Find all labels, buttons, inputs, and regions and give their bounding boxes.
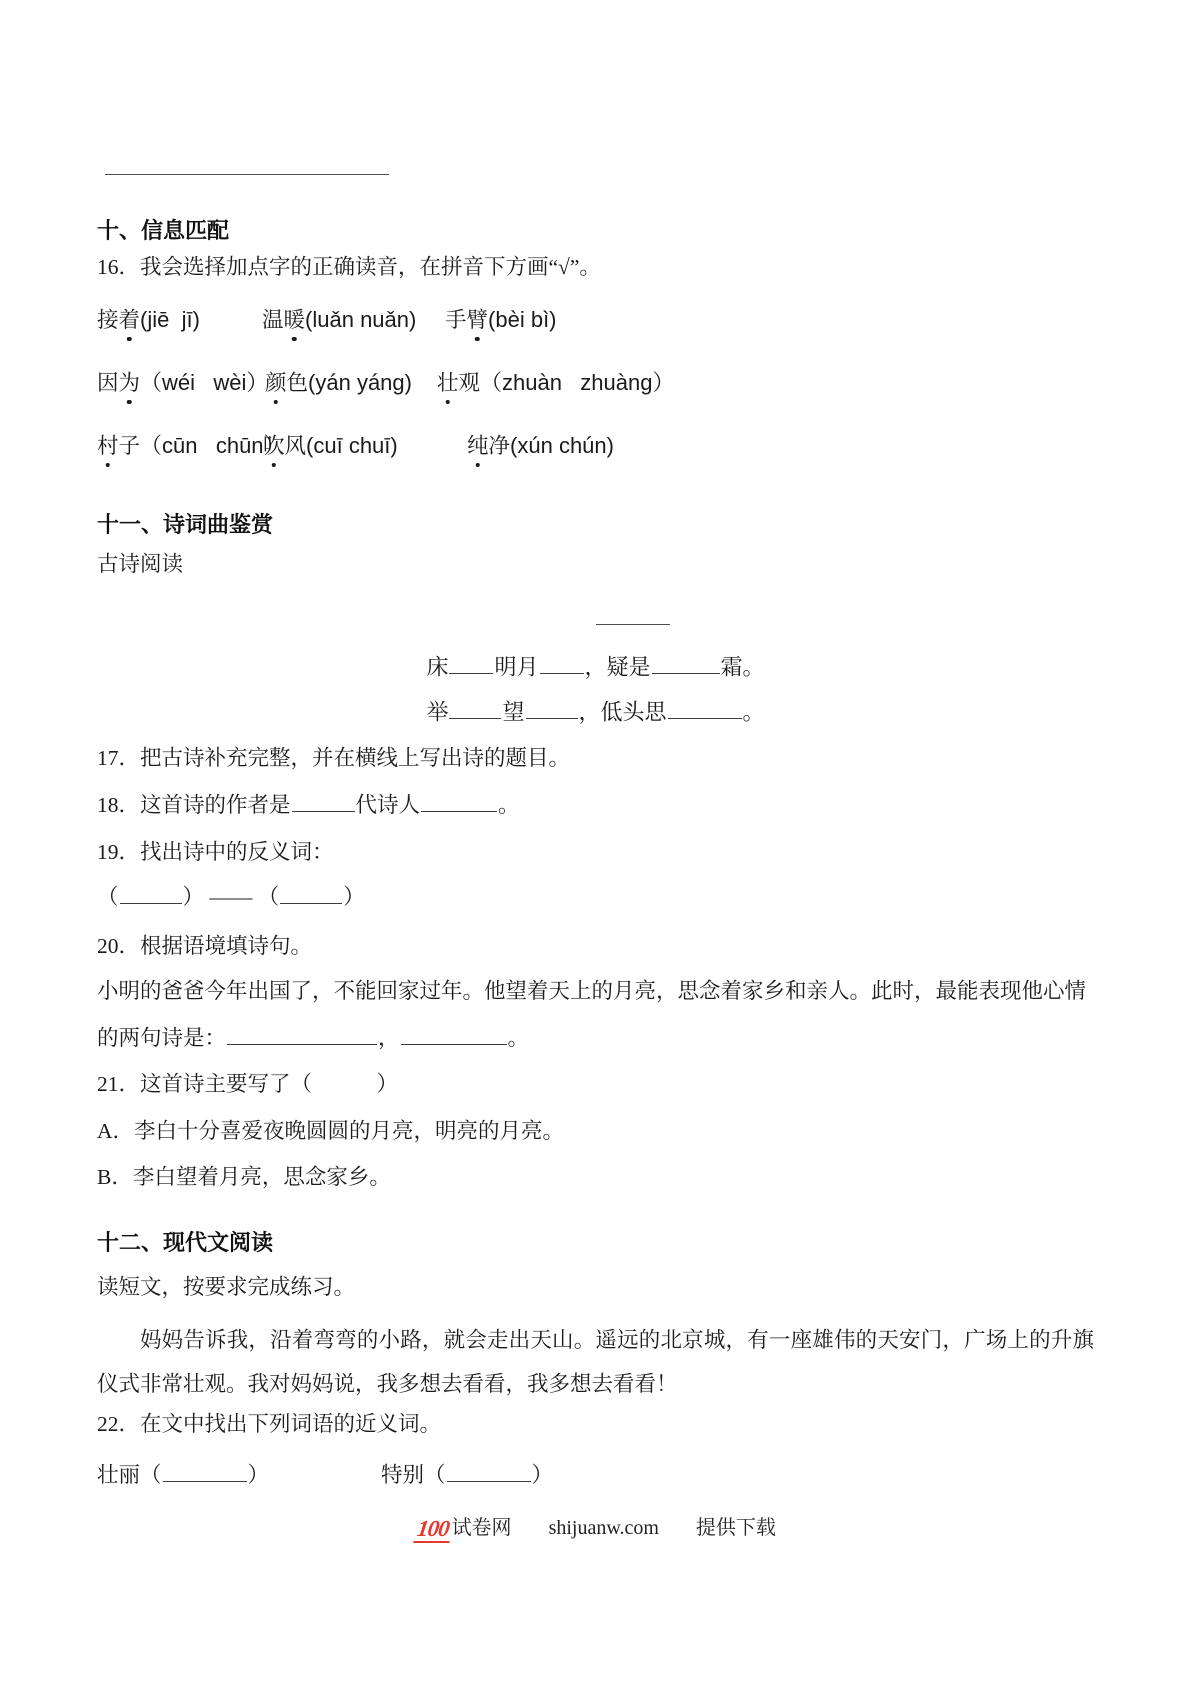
poem-title-blank-line [596, 624, 670, 625]
question-18: 18．这首诗的作者是代诗人。 [97, 789, 520, 820]
word-text: 子 [119, 434, 141, 458]
option-b: B．李白望着月亮，思念家乡。 [97, 1162, 391, 1192]
poem-text: 床 [426, 654, 448, 679]
word-text: 色 [287, 371, 309, 395]
poem-text: ，疑是 [585, 654, 651, 679]
poem-line-2: 举望，低头思。 [97, 696, 1094, 727]
answer-blank [292, 789, 355, 812]
question-18-text: 18．这首诗的作者是 [97, 793, 291, 817]
word-with-dot: 暖 [284, 303, 306, 334]
answer-blank [652, 651, 720, 674]
question-22: 22．在文中找出下列词语的近义词。 [97, 1409, 441, 1439]
word-with-dot: 着 [119, 303, 141, 334]
paren-text: ） [248, 1463, 270, 1487]
page-content: 十、信息匹配 16．我会选择加点字的正确读音，在拼音下方画“√”。 接着(jiē… [97, 0, 1094, 1684]
footer-logo-100: 100 [413, 1518, 452, 1543]
answer-blank [526, 696, 578, 719]
word-with-dot: 纯 [467, 429, 489, 460]
word-with-dot: 为 [119, 366, 141, 397]
poem-line-1: 床明月，疑是霜。 [97, 651, 1094, 682]
pinyin-item: 村子（cūn chūn） [97, 429, 286, 460]
poetry-reading-label: 古诗阅读 [97, 549, 183, 579]
question-20: 20．根据语境填诗句。 [97, 931, 312, 961]
pinyin-options: （wéi wèi） [140, 370, 268, 395]
pinyin-item: 吹风(cuī chuī) [263, 429, 398, 460]
word-with-dot: 颜 [265, 366, 287, 397]
pinyin-item: 颜色(yán yáng) [265, 366, 412, 397]
word-text: 接 [97, 308, 119, 332]
synonym-word: 壮丽（ [97, 1463, 162, 1487]
section-12-heading: 十二、现代文阅读 [97, 1228, 273, 1258]
paren-text: ） [343, 885, 365, 909]
poem-text: 举 [426, 699, 448, 724]
question-19: 19．找出诗中的反义词： [97, 837, 334, 867]
word-with-dot: 臂 [467, 303, 489, 334]
paren-text: （ [97, 885, 119, 909]
section-10-heading: 十、信息匹配 [97, 216, 229, 246]
option-a: A．李白十分喜爱夜晚圆圆的月亮，明亮的月亮。 [97, 1116, 564, 1146]
answer-blank [540, 651, 584, 674]
footer: 100试卷网shijuanw.com提供下载 [0, 1514, 1191, 1543]
question-18-text: 代诗人 [356, 793, 421, 817]
pinyin-item: 纯净(xún chún) [467, 429, 614, 460]
answer-line-text: ， [378, 1026, 400, 1050]
pinyin-item: 因为（wéi wèi） [97, 366, 268, 397]
paren-text: ） [532, 1463, 554, 1487]
word-with-dot: 壮 [437, 366, 459, 397]
word-text: 手 [445, 308, 467, 332]
poem-text: 霜。 [721, 654, 765, 679]
word-text: 观 [459, 371, 481, 395]
paren-dash-text: ） —— （ [183, 885, 280, 909]
pinyin-options: (bèi bì) [488, 307, 556, 332]
word-with-dot: 吹 [263, 429, 285, 460]
answer-blank [447, 1459, 531, 1482]
question-20-passage: 小明的爸爸今年出国了，不能回家过年。他望着天上的月亮，思念着家乡和亲人。此时，最… [97, 976, 1094, 1006]
poem-text: 望 [502, 699, 524, 724]
question-16: 16．我会选择加点字的正确读音，在拼音下方画“√”。 [97, 252, 601, 282]
answer-blank-line [105, 174, 389, 175]
pinyin-item: 接着(jiē jī) [97, 303, 200, 334]
pinyin-options: (cuī chuī) [306, 433, 398, 458]
question-20-answer-line: 的两句诗是：，。 [97, 1022, 529, 1053]
word-text: 风 [285, 434, 307, 458]
antonym-answer-blanks: （） —— （） [97, 881, 365, 912]
footer-site-name: 试卷网 [452, 1517, 512, 1539]
pinyin-options: (xún chún) [510, 433, 614, 458]
reading-instruction: 读短文，按要求完成练习。 [97, 1272, 355, 1302]
synonym-word: 特别（ [381, 1463, 446, 1487]
answer-blank [421, 789, 497, 812]
pinyin-options: (yán yáng) [308, 370, 412, 395]
answer-blank [163, 1459, 247, 1482]
poem-text: ，低头思 [579, 699, 667, 724]
answer-blank [449, 651, 493, 674]
pinyin-item: 手臂(bèi bì) [445, 303, 557, 334]
synonym-answer-row: 壮丽（）特别（） [97, 1459, 553, 1490]
section-11-heading: 十一、诗词曲鉴赏 [97, 510, 273, 540]
pinyin-row-3: 村子（cūn chūn） 吹风(cuī chuī) 纯净(xún chún) [97, 429, 1094, 471]
pinyin-options: (jiē jī) [140, 307, 200, 332]
pinyin-row-2: 因为（wéi wèi） 颜色(yán yáng) 壮观（zhuàn zhuàng… [97, 366, 1094, 408]
pinyin-row-1: 接着(jiē jī) 温暖(luǎn nuǎn) 手臂(bèi bì) [97, 303, 1094, 345]
answer-blank [668, 696, 742, 719]
answer-line-text: 的两句诗是： [97, 1026, 226, 1050]
poem-text: 明月 [494, 654, 538, 679]
pinyin-options: (luǎn nuǎn) [305, 307, 416, 332]
word-text: 净 [489, 434, 511, 458]
question-21: 21．这首诗主要写了（ ） [97, 1069, 398, 1099]
word-text: 温 [262, 308, 284, 332]
footer-download-text: 提供下载 [696, 1517, 776, 1539]
answer-blank [280, 881, 342, 904]
pinyin-item: 壮观（zhuàn zhuàng） [437, 366, 675, 397]
footer-site-url: shijuanw.com [549, 1517, 659, 1539]
exam-paper-page: 十、信息匹配 16．我会选择加点字的正确读音，在拼音下方画“√”。 接着(jiē… [0, 0, 1191, 1684]
poem-text: 。 [743, 699, 765, 724]
answer-blank [227, 1022, 377, 1045]
answer-blank [449, 696, 501, 719]
pinyin-options: （zhuàn zhuàng） [480, 370, 674, 395]
word-text: 因 [97, 371, 119, 395]
answer-blank [401, 1022, 507, 1045]
question-18-text: 。 [498, 793, 520, 817]
answer-blank [120, 881, 182, 904]
answer-line-text: 。 [508, 1026, 530, 1050]
question-17: 17．把古诗补充完整，并在横线上写出诗的题目。 [97, 743, 570, 773]
word-with-dot: 村 [97, 429, 119, 460]
pinyin-item: 温暖(luǎn nuǎn) [262, 303, 416, 334]
reading-passage: 妈妈告诉我，沿着弯弯的小路，就会走出天山。遥远的北京城，有一座雄伟的天安门，广场… [97, 1318, 1094, 1406]
